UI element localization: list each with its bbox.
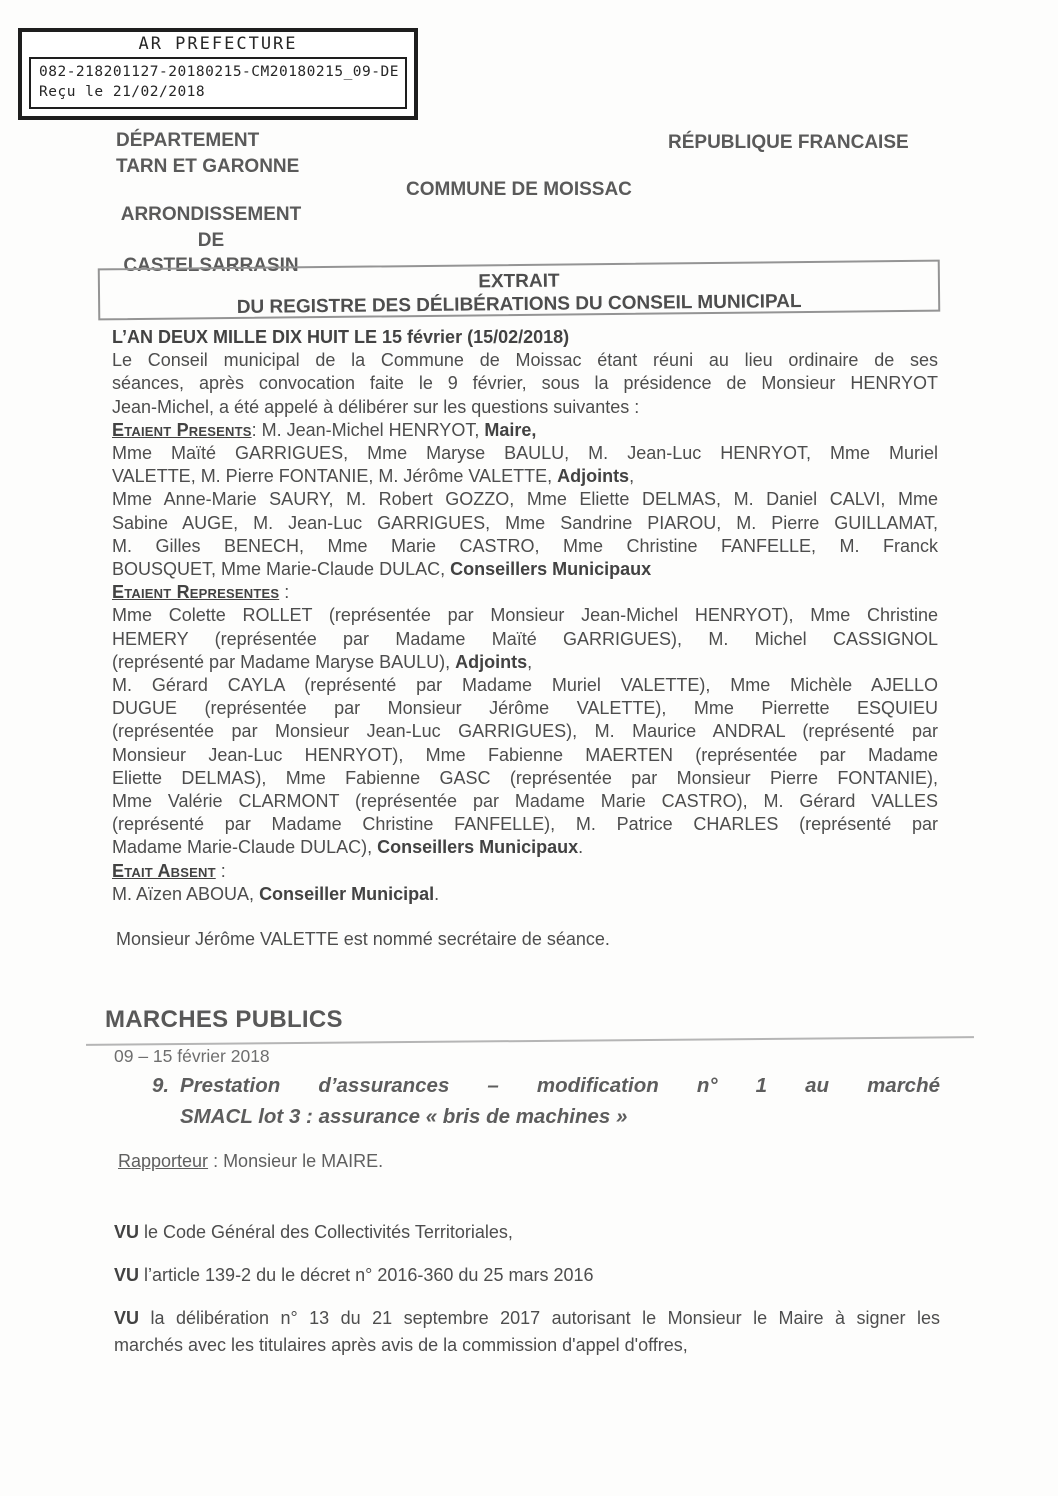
section-rule — [86, 1036, 974, 1046]
agenda-item-line: Prestation d’assurances – modification n… — [180, 1070, 940, 1101]
text-segment: DUGUE (représentée par Monsieur Jérôme V… — [112, 698, 938, 718]
text-line: Sabine AUGE, M. Jean-Luc GARRIGUES, Mme … — [112, 512, 938, 535]
text-segment: Mme Valérie CLARMONT (représentée par Ma… — [112, 791, 938, 811]
text-line: M. Gilles BENECH, Mme Marie CASTRO, Mme … — [112, 535, 938, 558]
extract-title-box: EXTRAIT DU REGISTRE DES DÉLIBÉRATIONS DU… — [98, 260, 940, 321]
text-line: BOUSQUET, Mme Marie-Claude DULAC, Consei… — [112, 558, 938, 581]
text-segment: Madame Marie-Claude DULAC), — [112, 837, 377, 857]
text-segment: : — [279, 582, 289, 602]
text-segment: VU — [114, 1222, 139, 1242]
text-line: Mme Maïté GARRIGUES, Mme Maryse BAULU, M… — [112, 442, 938, 465]
text-segment: Mme Maïté GARRIGUES, Mme Maryse BAULU, M… — [112, 443, 938, 463]
agenda-item-line: SMACL lot 3 : assurance « bris de machin… — [180, 1101, 940, 1132]
text-line: VU l’article 139-2 du le décret n° 2016-… — [114, 1262, 940, 1289]
text-segment: M. Gilles BENECH, Mme Marie CASTRO, Mme … — [112, 536, 938, 556]
text-line: VU le Code Général des Collectivités Ter… — [114, 1219, 940, 1246]
agenda-item-text: Prestation d’assurances – modification n… — [180, 1070, 940, 1132]
text-line: Mme Colette ROLLET (représentée par Mons… — [112, 604, 938, 627]
text-segment: M. Gérard CAYLA (représenté par Madame M… — [112, 675, 938, 695]
text-segment: Conseillers Municipaux — [377, 837, 578, 857]
vu-clause-3: VU la délibération n° 13 du 21 septembre… — [114, 1305, 940, 1358]
text-segment: Maire, — [484, 420, 536, 440]
text-segment: Jean-Michel, a été appelé à délibérer su… — [112, 397, 639, 417]
text-line: (représentée par Monsieur Jean-Luc GARRI… — [112, 720, 938, 743]
text-line: Mme Anne-Marie SAURY, M. Robert GOZZO, M… — [112, 488, 938, 511]
text-segment: M. Aïzen ABOUA, — [112, 884, 259, 904]
text-segment: : Monsieur le MAIRE. — [208, 1151, 383, 1171]
text-segment: séances, après convocation faite le 9 fé… — [112, 373, 938, 393]
text-line: marchés avec les titulaires après avis d… — [114, 1332, 940, 1359]
department-label: DÉPARTEMENT — [116, 128, 299, 154]
prefecture-stamp: AR PREFECTURE 082-218201127-20180215-CM2… — [18, 28, 418, 120]
text-line: VU la délibération n° 13 du 21 septembre… — [114, 1305, 940, 1332]
text-line: Rapporteur : Monsieur le MAIRE. — [118, 1151, 383, 1174]
text-segment: (représenté par Madame Maryse BAULU), — [112, 652, 455, 672]
text-segment: , — [527, 652, 532, 672]
section-date-range: 09 – 15 février 2018 — [114, 1046, 270, 1067]
text-segment: BOUSQUET, Mme Marie-Claude DULAC, — [112, 559, 450, 579]
text-segment: VU — [114, 1308, 139, 1328]
text-segment: : M. Jean-Michel HENRYOT, — [252, 420, 485, 440]
text-segment: Le Conseil municipal de la Commune de Mo… — [112, 350, 938, 370]
department-block: DÉPARTEMENT TARN ET GARONNE — [116, 128, 299, 179]
text-segment: HEMERY (représentée par Madame Maïté GAR… — [112, 629, 938, 649]
text-segment: . — [578, 837, 583, 857]
vu-clause-2: VU l’article 139-2 du le décret n° 2016-… — [114, 1262, 940, 1289]
text-segment: Adjoints — [455, 652, 527, 672]
text-line: Eliette DELMAS), Mme Fabienne GASC (repr… — [112, 767, 938, 790]
text-segment: Mme Colette ROLLET (représentée par Mons… — [112, 605, 938, 625]
stamp-received-date: Reçu le 21/02/2018 — [39, 82, 397, 102]
stamp-reference: 082-218201127-20180215-CM20180215_09-DE — [39, 62, 397, 82]
text-segment: , — [629, 466, 634, 486]
text-segment: Rapporteur — [118, 1151, 208, 1171]
document-page: AR PREFECTURE 082-218201127-20180215-CM2… — [0, 0, 1058, 1496]
text-line: Etait Absent : — [112, 860, 938, 883]
agenda-item-title: 9. Prestation d’assurances – modificatio… — [152, 1070, 940, 1132]
text-line: VALETTE, M. Pierre FONTANIE, M. Jérôme V… — [112, 465, 938, 488]
text-segment: marchés avec les titulaires après avis d… — [114, 1335, 688, 1355]
text-segment: Etaient Presents — [112, 420, 252, 440]
deliberation-body: L’AN DEUX MILLE DIX HUIT LE 15 février (… — [112, 326, 938, 906]
text-line: L’AN DEUX MILLE DIX HUIT LE 15 février (… — [112, 326, 938, 349]
stamp-inner-box: 082-218201127-20180215-CM20180215_09-DE … — [29, 57, 407, 109]
text-segment: la délibération n° 13 du 21 septembre 20… — [139, 1308, 940, 1328]
text-segment: le Code Général des Collectivités Territ… — [139, 1222, 513, 1242]
text-segment: Eliette DELMAS), Mme Fabienne GASC (repr… — [112, 768, 938, 788]
text-line: Etaient Representes : — [112, 581, 938, 604]
text-line: Etaient Presents: M. Jean-Michel HENRYOT… — [112, 419, 938, 442]
text-line: DUGUE (représentée par Monsieur Jérôme V… — [112, 697, 938, 720]
text-segment: VU — [114, 1265, 139, 1285]
vu-clause-1: VU le Code Général des Collectivités Ter… — [114, 1219, 940, 1246]
text-segment: Sabine AUGE, M. Jean-Luc GARRIGUES, Mme … — [112, 513, 938, 533]
arrondissement-de: DE — [106, 228, 316, 254]
text-segment: Etait Absent — [112, 861, 216, 881]
text-segment: Mme Anne-Marie SAURY, M. Robert GOZZO, M… — [112, 489, 938, 509]
secretary-line: Monsieur Jérôme VALETTE est nommé secrét… — [116, 929, 610, 950]
text-line: Mme Valérie CLARMONT (représentée par Ma… — [112, 790, 938, 813]
section-heading: MARCHES PUBLICS — [105, 1006, 343, 1034]
text-segment: (représenté par Madame Christine FANFELL… — [112, 814, 938, 834]
text-line: Jean-Michel, a été appelé à délibérer su… — [112, 396, 938, 419]
text-line: séances, après convocation faite le 9 fé… — [112, 372, 938, 395]
text-segment: Monsieur Jean-Luc HENRYOT), Mme Fabienne… — [112, 745, 938, 765]
text-segment: Conseiller Municipal — [259, 884, 434, 904]
text-segment: : — [216, 861, 226, 881]
text-segment: . — [434, 884, 439, 904]
text-line: Le Conseil municipal de la Commune de Mo… — [112, 349, 938, 372]
text-segment: Conseillers Municipaux — [450, 559, 651, 579]
commune-title: COMMUNE DE MOISSAC — [406, 177, 632, 203]
text-segment: Adjoints — [557, 466, 629, 486]
text-line: Madame Marie-Claude DULAC), Conseillers … — [112, 836, 938, 859]
rapporteur-line: Rapporteur : Monsieur le MAIRE. — [118, 1151, 383, 1174]
text-segment: VALETTE, M. Pierre FONTANIE, M. Jérôme V… — [112, 466, 557, 486]
agenda-item-number: 9. — [152, 1070, 180, 1132]
text-line: M. Aïzen ABOUA, Conseiller Municipal. — [112, 883, 938, 906]
text-line: M. Gérard CAYLA (représenté par Madame M… — [112, 674, 938, 697]
text-segment: (représentée par Monsieur Jean-Luc GARRI… — [112, 721, 938, 741]
republic-title: RÉPUBLIQUE FRANCAISE — [668, 130, 909, 156]
text-segment: Etaient Representes — [112, 582, 279, 602]
arrondissement-label: ARRONDISSEMENT — [106, 202, 316, 228]
text-segment: L’AN DEUX MILLE DIX HUIT LE 15 février (… — [112, 327, 569, 347]
department-name: TARN ET GARONNE — [116, 154, 299, 180]
text-line: HEMERY (représentée par Madame Maïté GAR… — [112, 628, 938, 651]
stamp-title: AR PREFECTURE — [22, 32, 414, 57]
text-segment: l’article 139-2 du le décret n° 2016-360… — [139, 1265, 593, 1285]
text-line: (représenté par Madame Maryse BAULU), Ad… — [112, 651, 938, 674]
text-line: (représenté par Madame Christine FANFELL… — [112, 813, 938, 836]
text-line: Monsieur Jean-Luc HENRYOT), Mme Fabienne… — [112, 744, 938, 767]
